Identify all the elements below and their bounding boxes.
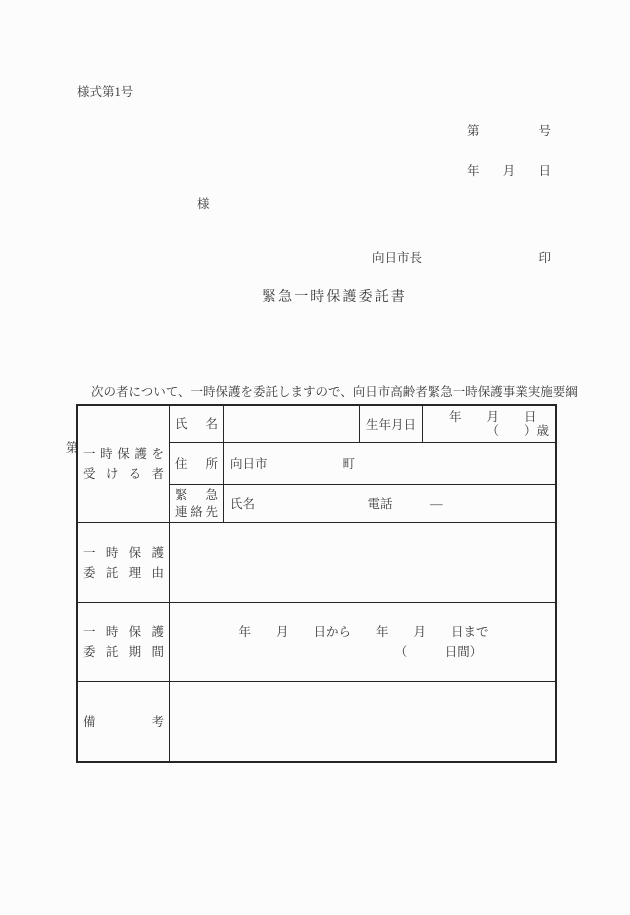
emergency-contact-value: 氏名 電話 ―: [230, 494, 549, 514]
body-paragraph-line1: 次の者について、一時保護を委託しますので、向日市高齢者緊急一時保護事業実施要綱: [66, 383, 586, 402]
birthdate-value-cell: 年 月 日 （ ）歳: [423, 406, 555, 443]
name-label-cell: 氏名: [170, 406, 224, 443]
remarks-value-cell: [170, 682, 555, 761]
address-label: 住所: [175, 454, 218, 474]
birthdate-value-line2: （ ）歳: [429, 424, 549, 438]
birthdate-value-line1: 年 月 日: [429, 410, 549, 424]
group-label-line1: 一時保護を: [83, 444, 164, 464]
commission-form-table: 一時保護を 受ける者 氏名 生年月日 年 月 日 （ ）歳 住所 向日市 町 緊…: [76, 404, 557, 763]
birthdate-label: 生年月日: [365, 415, 417, 433]
date-day-label: 日: [538, 164, 551, 178]
emergency-contact-value-cell: 氏名 電話 ―: [224, 485, 555, 523]
doc-number-suffix: 号: [538, 124, 551, 138]
seal-mark: 印: [538, 251, 551, 265]
remarks-label-cell: 備考: [78, 682, 170, 761]
group-label-line2: 受ける者: [83, 464, 164, 484]
issue-date-line: 年 月 日: [467, 164, 551, 178]
sender-name: 向日市長: [372, 251, 422, 265]
addressee-honorific: 様: [197, 197, 210, 211]
period-value-line1: 年 月 日から 年 月 日まで: [176, 622, 549, 642]
protected-person-group-label: 一時保護を 受ける者: [78, 406, 170, 523]
document-number-line: 第 号: [467, 124, 551, 138]
emergency-contact-label-cell: 緊急 連絡先: [170, 485, 224, 523]
document-title: 緊急一時保護委託書: [262, 291, 407, 305]
date-month-label: 月: [503, 164, 516, 178]
emergency-contact-label-line1: 緊急: [175, 487, 218, 504]
reason-label-line2: 委託理由: [83, 563, 164, 583]
reason-label-line1: 一時保護: [83, 543, 164, 563]
period-label-line2: 委託期間: [83, 642, 164, 662]
address-label-cell: 住所: [170, 443, 224, 485]
form-number: 様式第1号: [77, 85, 133, 99]
birthdate-label-cell: 生年月日: [360, 406, 423, 443]
emergency-contact-label-line2: 連絡先: [175, 504, 218, 521]
period-label-cell: 一時保護 委託期間: [78, 603, 170, 682]
document-page: 様式第1号 第 号 年 月 日 様 向日市長 印 緊急一時保護委託書 次の者につ…: [0, 0, 630, 915]
reason-value-cell: [170, 523, 555, 603]
doc-number-prefix: 第: [467, 124, 480, 138]
period-value-line2: （ 日間）: [176, 642, 549, 662]
reason-label-cell: 一時保護 委託理由: [78, 523, 170, 603]
name-label: 氏名: [175, 414, 218, 434]
name-value-cell: [224, 406, 360, 443]
period-value-cell: 年 月 日から 年 月 日まで （ 日間）: [170, 603, 555, 682]
period-label-line1: 一時保護: [83, 622, 164, 642]
date-year-label: 年: [467, 164, 480, 178]
address-value: 向日市 町: [230, 454, 549, 474]
sender-line: 向日市長 印: [372, 251, 551, 265]
address-value-cell: 向日市 町: [224, 443, 555, 485]
remarks-label: 備考: [83, 712, 164, 732]
